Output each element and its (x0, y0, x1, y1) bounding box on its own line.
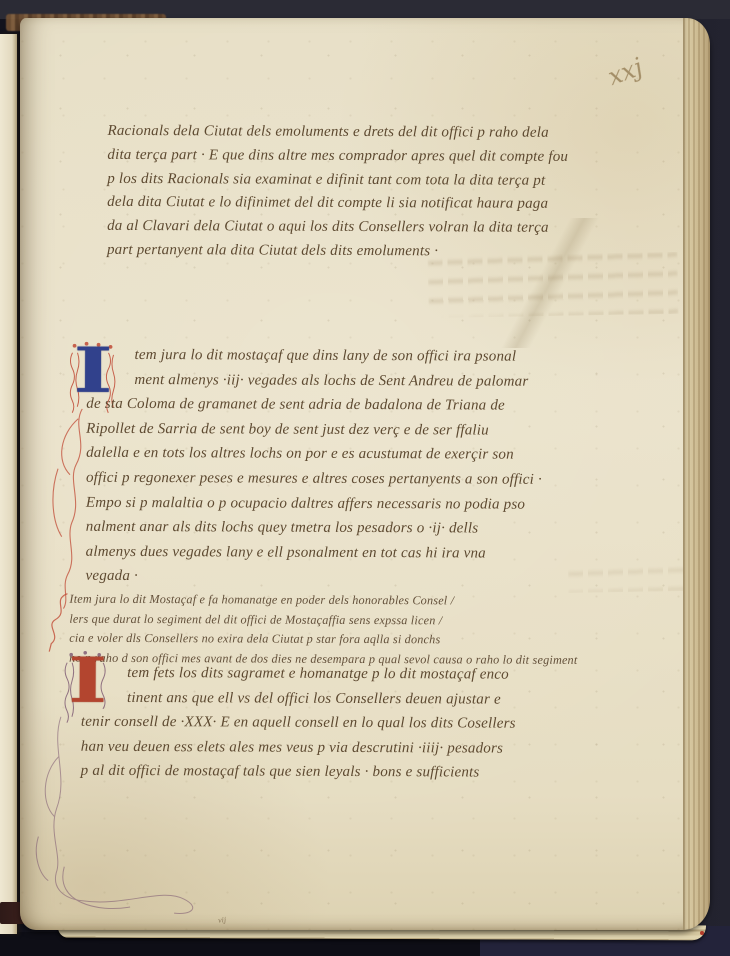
text-line: cia e voler dls Consellers no exira dela… (69, 629, 577, 651)
parchment-page: xxj Racionals dela Ciutat dels emolument… (20, 18, 710, 930)
text-line: Item jura lo dit Mostaçaf e fa homanatge… (69, 590, 577, 612)
text-line: offici p regonexer peses e mesures e alt… (86, 466, 542, 493)
text-line: almenys dues vegades lany e ell psonalme… (86, 540, 542, 567)
text-line: dita terça part · E que dins altre mes c… (107, 144, 568, 170)
text-line: Ripollet de Sarria de sent boy de sent j… (86, 417, 542, 444)
paragraph-1: Racionals dela Ciutat dels emoluments e … (107, 120, 568, 265)
paragraph-4: tem fets los dits sagramet e homanatge p… (81, 661, 516, 786)
text-line: Racionals dela Ciutat dels emoluments e … (107, 120, 568, 146)
text-line: vegada · (85, 564, 541, 591)
text-line: nalment anar als dits lochs quey tmetra … (86, 515, 542, 542)
quire-mark: vij (218, 915, 227, 925)
text-line: tinent ans que ell vs del offici los Con… (81, 685, 516, 711)
paragraph-2: tem jura lo dit mostaçaf que dins lany d… (85, 343, 542, 591)
text-line: part pertanyent ala dita Ciutat dels dit… (107, 239, 568, 265)
text-line: dela dita Ciutat e lo difinimet del dit … (107, 191, 568, 217)
text-line: han veu deuen ess elets ales mes veus p … (81, 735, 516, 761)
text-line: dalella e en tots los altres lochs on po… (86, 441, 542, 468)
text-line: p al dit offici de mostaçaf tals que sie… (81, 759, 516, 785)
text-line: ment almenys ·iij· vegades als lochs de … (86, 367, 542, 394)
text-line: p los dits Racionals sia examinat e difi… (107, 167, 568, 193)
paragraph-3: Item jura lo dit Mostaçaf e fa homanatge… (69, 590, 578, 671)
text-line: lers que durat lo segiment del dit offic… (69, 609, 577, 631)
text-line: tem jura lo dit mostaçaf que dins lany d… (86, 343, 542, 370)
text-line: Empo si p malaltia o p ocupacio daltres … (86, 490, 542, 517)
text-line: tem fets los dits sagramet e homanatge p… (81, 661, 516, 687)
manuscript-photo: xxj Racionals dela Ciutat dels emolument… (0, 0, 730, 956)
red-edge-speck (700, 931, 704, 935)
facing-page-edge (0, 34, 17, 934)
text-line: da al Clavari dela Ciutat o aqui los dit… (107, 215, 568, 241)
text-layer: Racionals dela Ciutat dels emoluments e … (18, 16, 712, 931)
text-line: de sta Coloma de gramanet de sent adria … (86, 392, 542, 419)
text-line: tenir consell de ·XXX· E en aquell conse… (81, 710, 516, 736)
